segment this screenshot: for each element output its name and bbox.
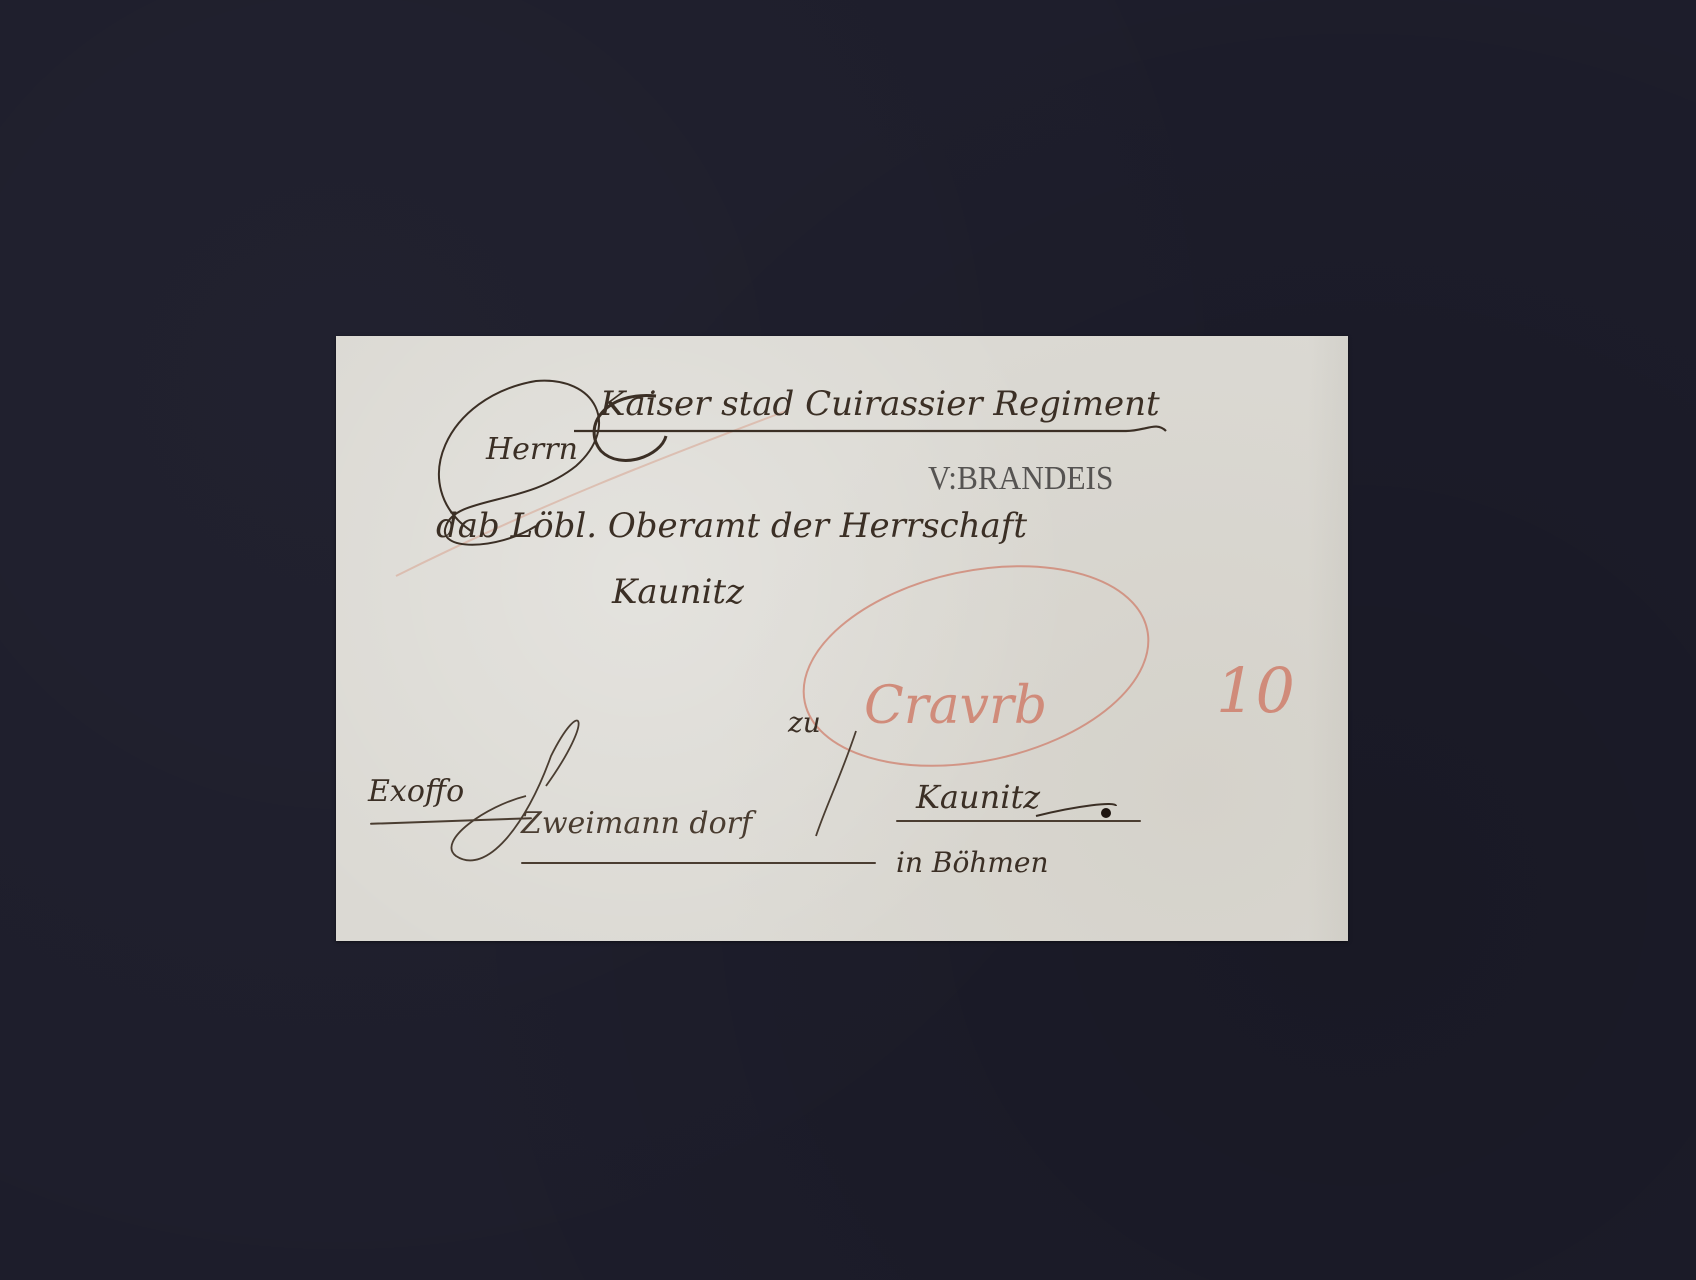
sender-line: Kaiser stad Cuirassier Regiment	[600, 384, 1160, 424]
signature: Zweimann dorf	[521, 806, 752, 841]
ex-officio-marking: Exoffo	[368, 774, 464, 809]
postal-cover: Kaiser stad Cuirassier Regiment V:BRANDE…	[336, 336, 1348, 941]
crayon-rate: 10	[1216, 654, 1295, 727]
salutation: Herrn	[486, 432, 578, 467]
address-line-1: dab Löbl. Oberamt der Herrschaft	[436, 506, 1027, 546]
destination-region: in Böhmen	[896, 846, 1049, 879]
zu-marking: zu	[788, 706, 821, 739]
address-line-2: Kaunitz	[612, 572, 744, 612]
destination: Kaunitz	[916, 778, 1040, 816]
crayon-marking: Cravrb	[864, 676, 1047, 736]
destination-underline	[896, 820, 1141, 822]
pen-flourishes	[336, 336, 1348, 941]
ex-officio-underline	[370, 817, 532, 825]
postmark-stamp: V:BRANDEIS	[928, 460, 1113, 498]
signature-underline	[521, 862, 876, 864]
